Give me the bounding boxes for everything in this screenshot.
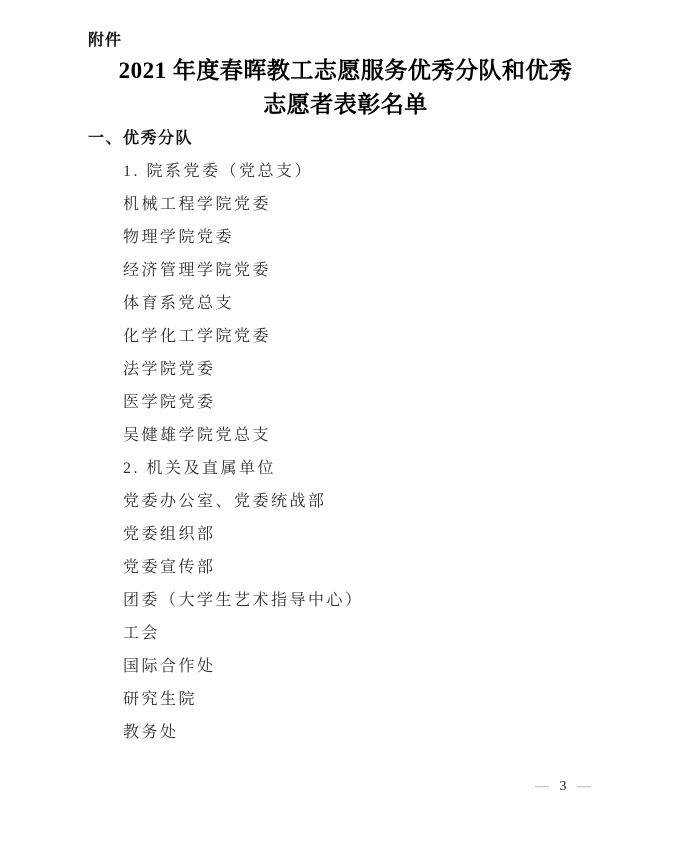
page-number-dash-left: — — [535, 779, 549, 794]
list-item: 工会 — [123, 617, 691, 650]
document-title-line-2: 志愿者表彰名单 — [0, 88, 691, 122]
list-item: 党委办公室、党委统战部 — [123, 485, 691, 518]
list-item: 化学化工学院党委 — [123, 320, 691, 353]
list-item: 党委组织部 — [123, 518, 691, 551]
list-item: 团委（大学生艺术指导中心） — [123, 584, 691, 617]
list-item: 经济管理学院党委 — [123, 254, 691, 287]
list-item: 机械工程学院党委 — [123, 188, 691, 221]
page-number-dash-right: — — [577, 779, 591, 794]
group-1-label: 1. 院系党委（党总支） — [123, 155, 691, 188]
document-title: 2021 年度春晖教工志愿服务优秀分队和优秀 志愿者表彰名单 — [0, 54, 691, 122]
list-item: 国际合作处 — [123, 650, 691, 683]
list-item: 吴健雄学院党总支 — [123, 419, 691, 452]
document-title-line-1: 2021 年度春晖教工志愿服务优秀分队和优秀 — [0, 54, 691, 88]
team-list: 1. 院系党委（党总支） 机械工程学院党委 物理学院党委 经济管理学院党委 体育… — [123, 155, 691, 749]
page-number-value: 3 — [560, 779, 567, 794]
document-page: 附件 2021 年度春晖教工志愿服务优秀分队和优秀 志愿者表彰名单 一、优秀分队… — [0, 0, 691, 852]
list-item: 法学院党委 — [123, 353, 691, 386]
list-item: 研究生院 — [123, 683, 691, 716]
list-item: 医学院党委 — [123, 386, 691, 419]
section-heading-excellent-teams: 一、优秀分队 — [88, 122, 691, 155]
attachment-label: 附件 — [88, 30, 691, 52]
page-number: — 3 — — [535, 779, 591, 795]
list-item: 教务处 — [123, 716, 691, 749]
list-item: 体育系党总支 — [123, 287, 691, 320]
list-item: 党委宣传部 — [123, 551, 691, 584]
list-item: 物理学院党委 — [123, 221, 691, 254]
group-2-label: 2. 机关及直属单位 — [123, 452, 691, 485]
